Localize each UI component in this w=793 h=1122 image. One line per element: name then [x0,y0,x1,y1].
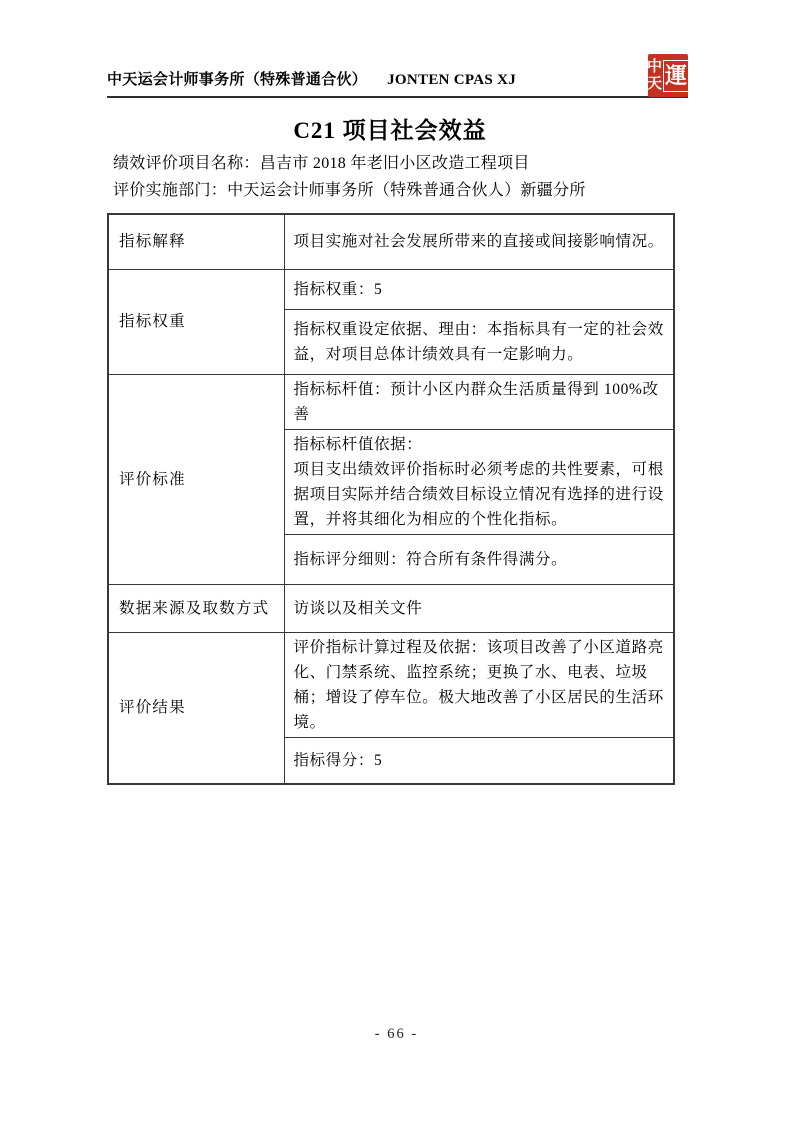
row-header-cell: 评价结果 [108,632,284,784]
table-row-indicator-weight: 指标权重 指标权重：5 [108,269,674,309]
table-row-evaluation-standard: 评价标准 指标标杆值：预计小区内群众生活质量得到 100%改善 [108,374,674,429]
table-row-evaluation-result: 评价结果 评价指标计算过程及依据：该项目改善了小区道路亮化、门禁系统、监控系统；… [108,632,674,737]
table-row-data-source: 数据来源及取数方式 访谈以及相关文件 [108,584,674,632]
meta-line-evaluating-department: 评价实施部门：中天运会计师事务所（特殊普通合伙人）新疆分所 [113,178,586,205]
value-cell: 指标评分细则：符合所有条件得满分。 [284,534,674,584]
firm-name-chinese: 中天运会计师事务所（特殊普通合伙） [107,72,367,88]
row-header-cell: 指标权重 [108,269,284,374]
firm-name-english: JONTEN CPAS XJ [387,72,516,88]
row-header-cell: 评价标准 [108,374,284,584]
meta-line-project-name: 绩效评价项目名称：昌吉市 2018 年老旧小区改造工程项目 [113,151,586,178]
indicator-table: 指标解释 项目实施对社会发展所带来的直接或间接影响情况。 指标权重 指标权重：5… [107,213,675,785]
company-seal-logo: 中 天 運 [648,54,688,97]
row-header-cell: 数据来源及取数方式 [108,584,284,632]
value-cell: 访谈以及相关文件 [284,584,674,632]
document-header: 中天运会计师事务所（特殊普通合伙）JONTEN CPAS XJ [107,68,688,98]
meta-block: 绩效评价项目名称：昌吉市 2018 年老旧小区改造工程项目 评价实施部门：中天运… [113,151,586,204]
seal-char-right: 運 [663,60,689,92]
value-cell: 评价指标计算过程及依据：该项目改善了小区道路亮化、门禁系统、监控系统；更换了水、… [284,632,674,737]
seal-char-bottom-left: 天 [647,76,662,93]
page-number: - 66 - [0,1026,793,1043]
document-page: 中天运会计师事务所（特殊普通合伙）JONTEN CPAS XJ 中 天 運 C2… [0,0,793,1122]
value-cell: 指标标杆值：预计小区内群众生活质量得到 100%改善 [284,374,674,429]
page-title: C21 项目社会效益 [107,112,673,145]
value-cell: 指标标杆值依据： 项目支出绩效评价指标时必须考虑的共性要素，可根据项目实际并结合… [284,429,674,534]
value-cell: 项目实施对社会发展所带来的直接或间接影响情况。 [284,214,674,269]
table-row-indicator-explanation: 指标解释 项目实施对社会发展所带来的直接或间接影响情况。 [108,214,674,269]
value-cell: 指标权重设定依据、理由：本指标具有一定的社会效益，对项目总体计绩效具有一定影响力… [284,309,674,374]
seal-left-column: 中 天 [647,59,662,93]
value-cell: 指标得分：5 [284,737,674,784]
row-header-cell: 指标解释 [108,214,284,269]
seal-char-top-left: 中 [647,59,662,76]
value-cell: 指标权重：5 [284,269,674,309]
